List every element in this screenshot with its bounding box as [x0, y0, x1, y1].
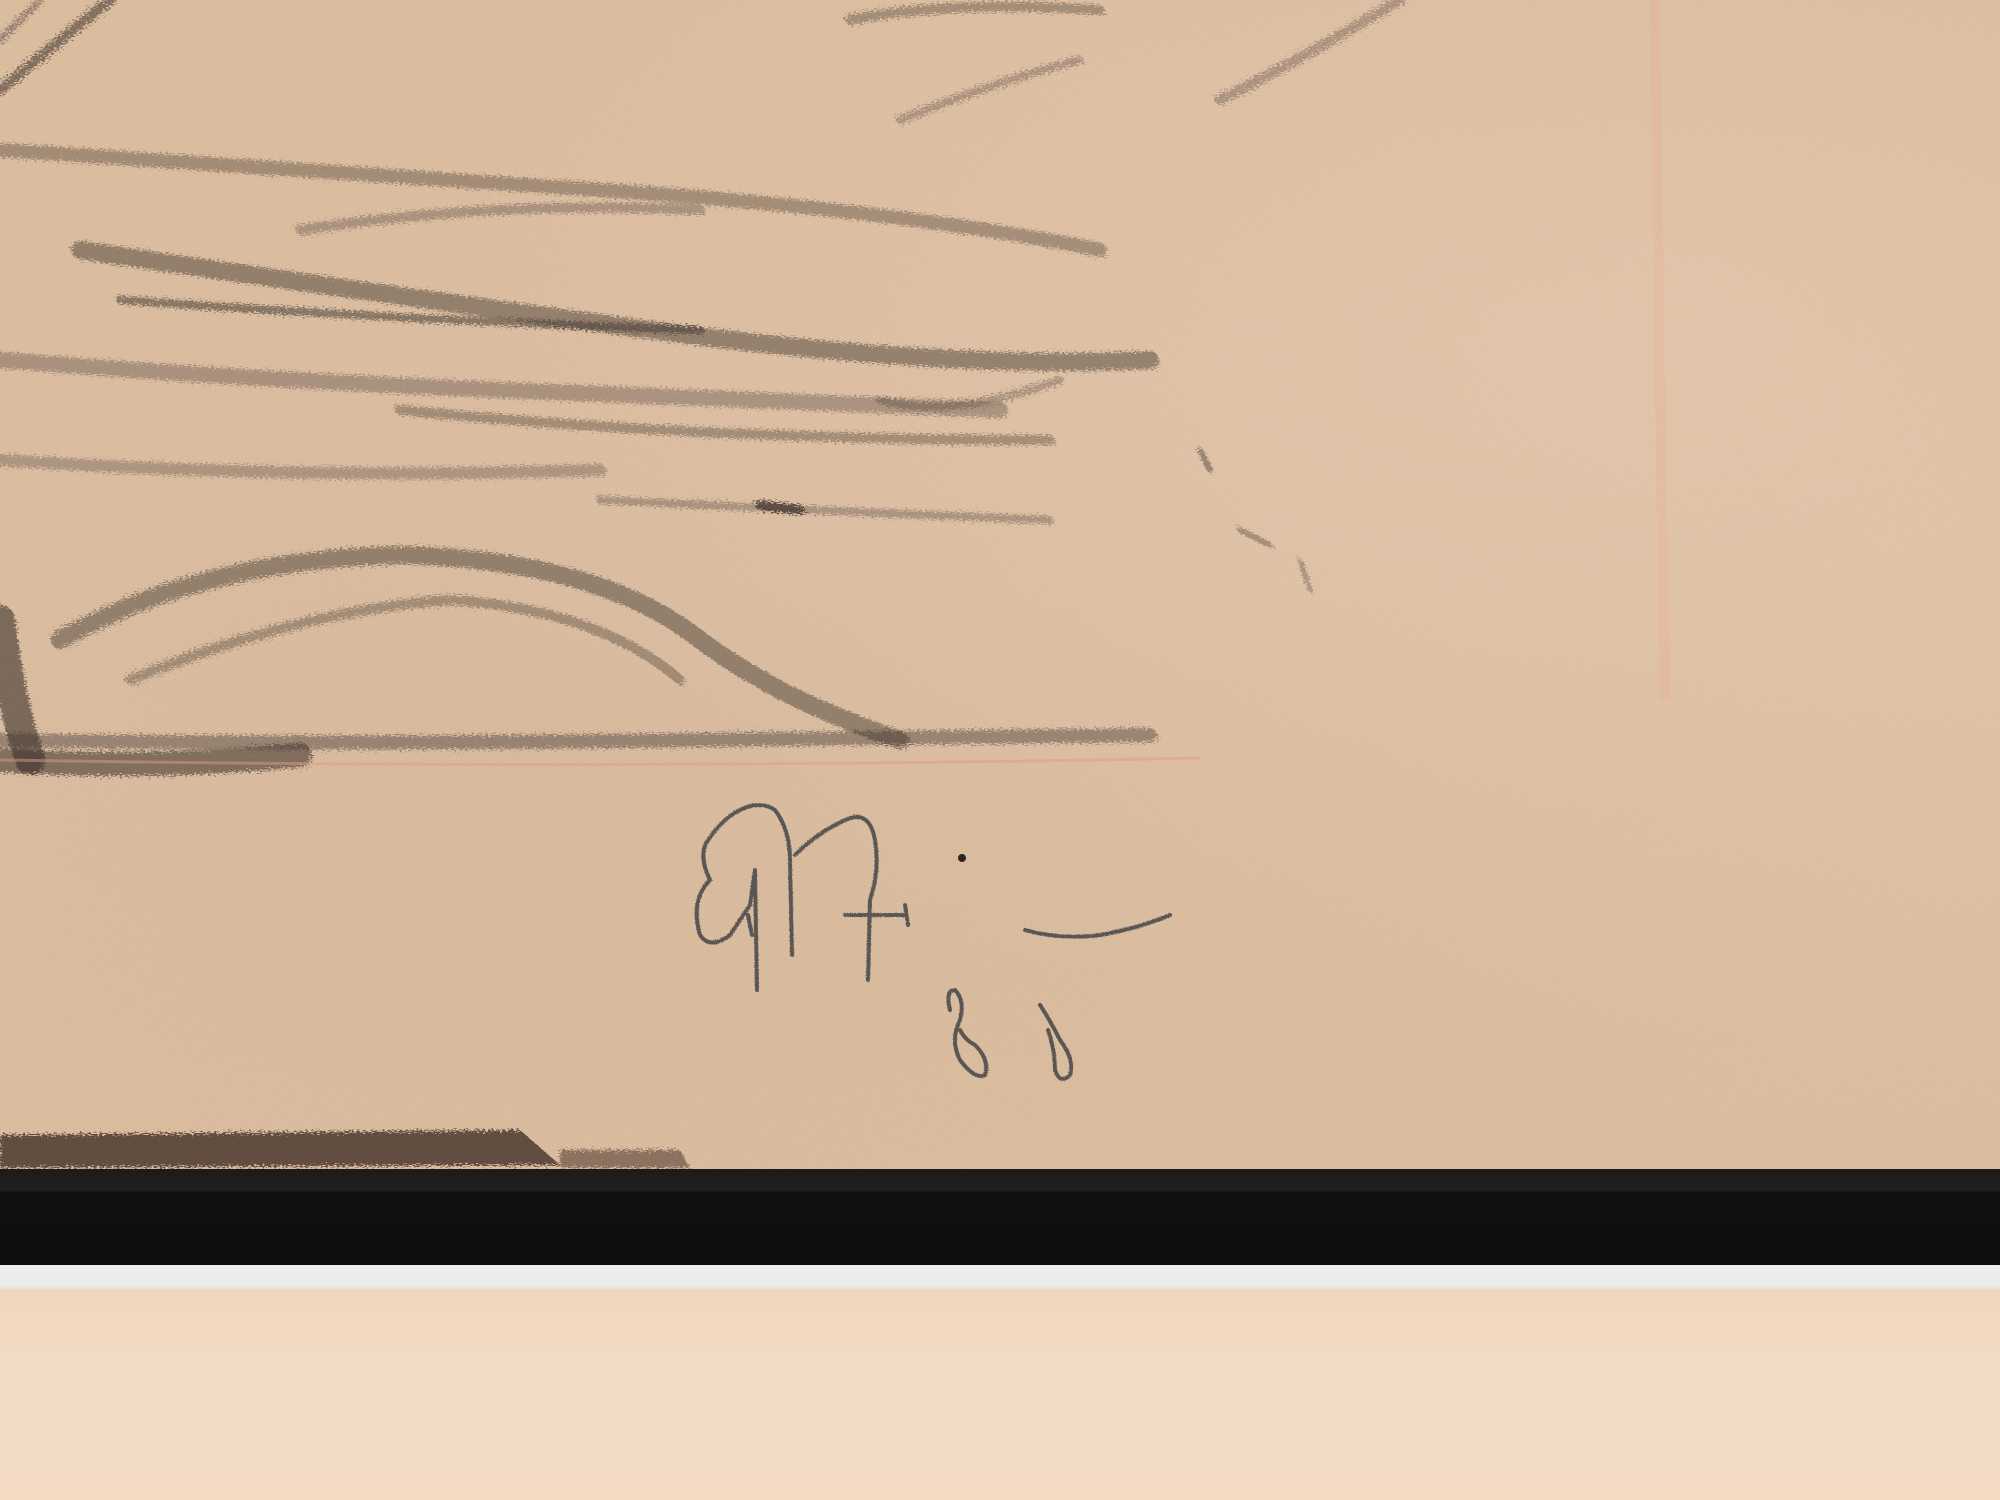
white-bevel-edge [0, 1265, 2000, 1290]
charcoal-drawing [0, 0, 2000, 1170]
passe-partout-mat [0, 1290, 2000, 1500]
artwork-paper: P.T. 80 [0, 0, 2000, 1170]
black-fillet-border [0, 1169, 2000, 1265]
ink-dot [958, 854, 966, 862]
